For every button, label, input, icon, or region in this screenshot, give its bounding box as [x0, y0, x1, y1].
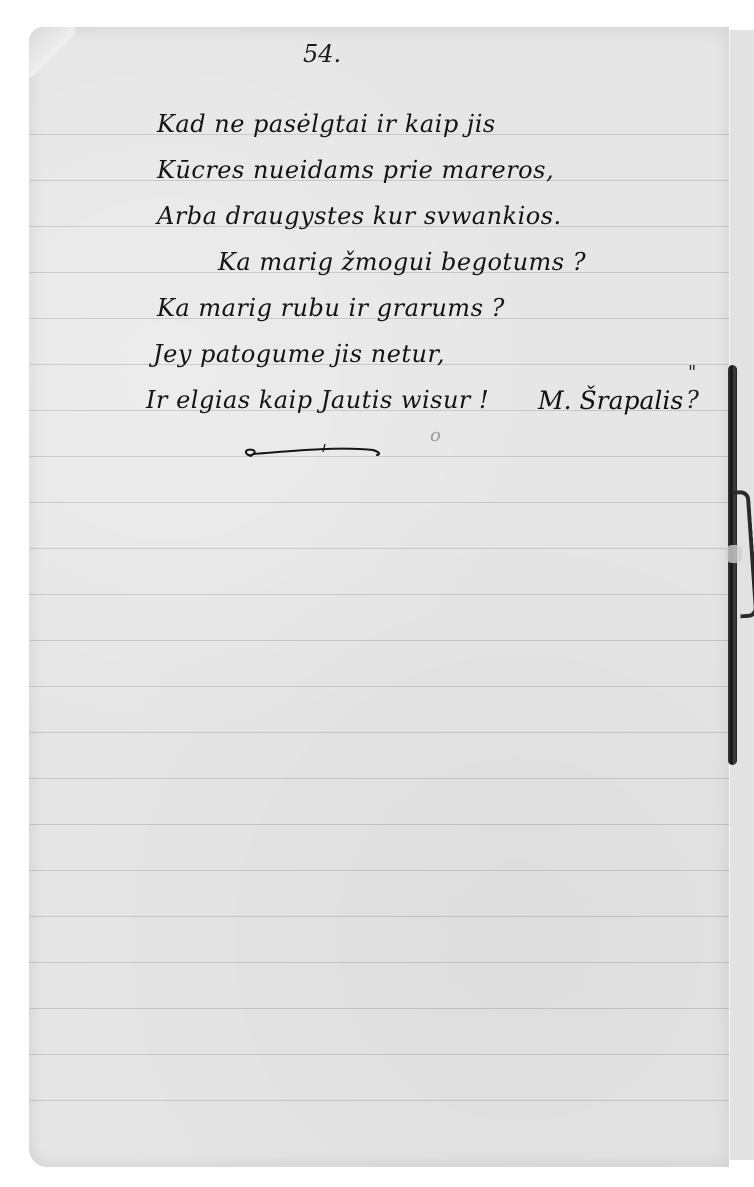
binding-string [728, 365, 737, 765]
ruled-line [29, 502, 729, 503]
ruled-line [29, 594, 729, 595]
page-number: 54. [303, 40, 341, 68]
margin-quote-mark: " [688, 362, 696, 383]
margin-question-mark: ? [686, 386, 699, 414]
ending-flourish-icon [243, 440, 383, 462]
ruled-line [29, 732, 729, 733]
notebook-page [29, 27, 729, 1167]
pencil-mark: o [430, 425, 441, 446]
ruled-line [29, 824, 729, 825]
ruled-line [29, 640, 729, 641]
ruled-line [29, 778, 729, 779]
ruled-line [29, 870, 729, 871]
poem-line-7: Ir elgias kaip Jautis wisur ! [146, 386, 489, 414]
poem-line-5: Ka marig rubu ir grarums ? [157, 294, 505, 322]
ruled-line [29, 686, 729, 687]
poem-line-4: Ka marig žmogui begotums ? [218, 248, 586, 276]
ruled-line [29, 548, 729, 549]
poem-line-3: Arba draugystes kur svwankios. [157, 202, 562, 230]
ruled-line [29, 1100, 729, 1101]
author-signature: M. Šrapalis [538, 386, 683, 415]
poem-line-6: Jey patogume jis netur, [153, 340, 445, 368]
binding-knot [726, 545, 742, 563]
poem-line-1: Kad ne pasėlgtai ir kaip jis [157, 110, 496, 138]
ruled-line [29, 962, 729, 963]
poem-line-2: Kūcres nueidams prie mareros, [157, 156, 554, 184]
ruled-line [29, 1054, 729, 1055]
ruled-line [29, 916, 729, 917]
folded-corner [29, 27, 75, 77]
ruled-line [29, 1008, 729, 1009]
